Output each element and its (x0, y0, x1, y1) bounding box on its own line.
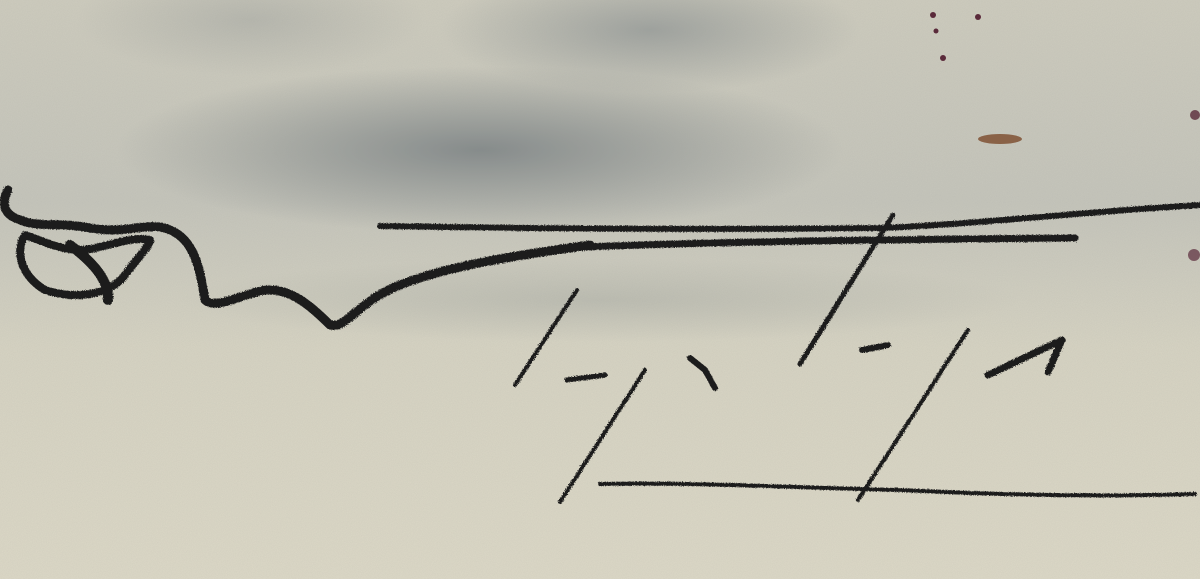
brown-stain (978, 134, 1022, 144)
paper-artwork: Close-up photograph of textured off-whit… (0, 0, 1200, 579)
paper-grain (0, 0, 1200, 579)
purple-speck (930, 12, 936, 18)
ink-strokes (0, 0, 1200, 579)
